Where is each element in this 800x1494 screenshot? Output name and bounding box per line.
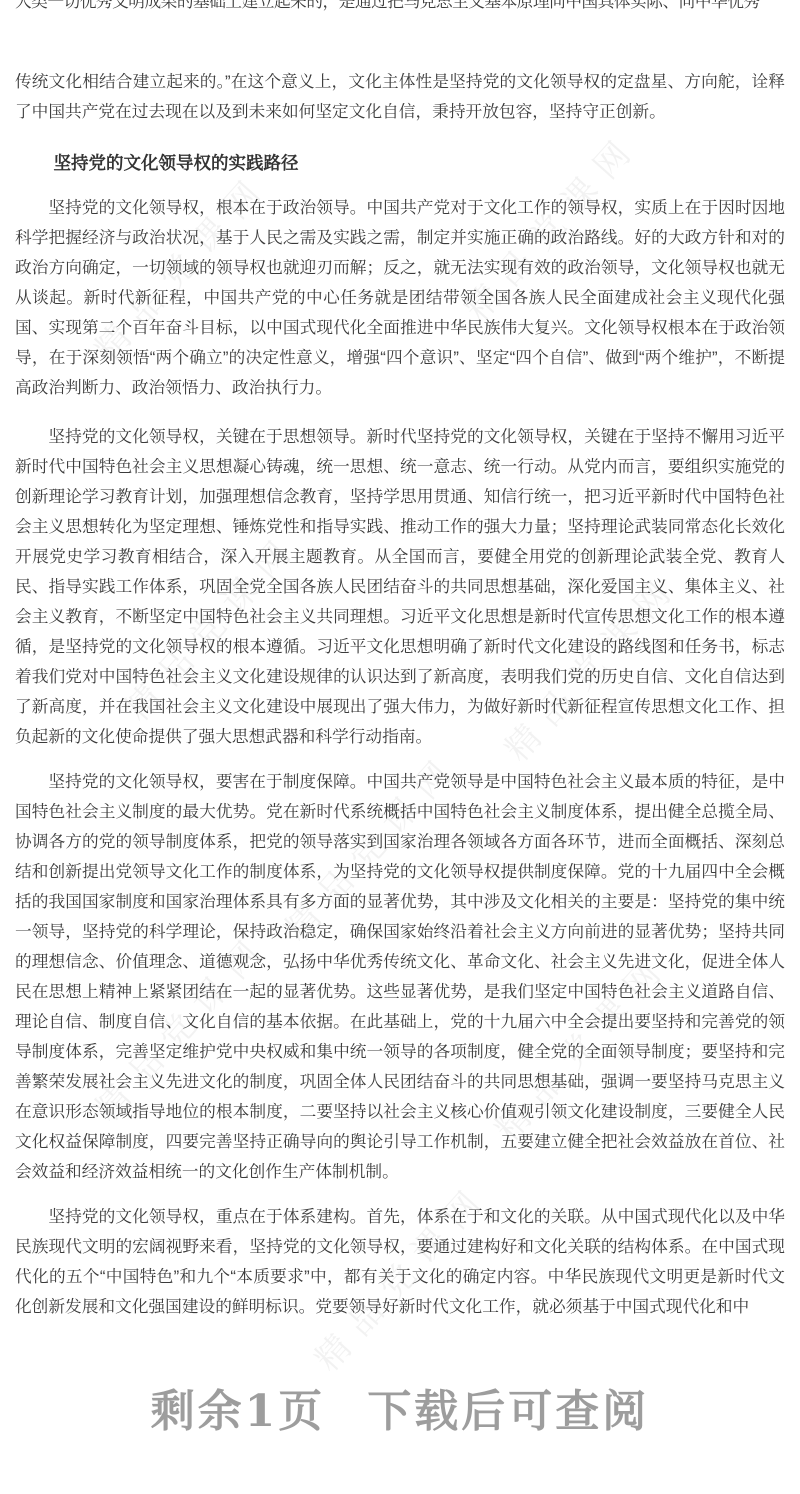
document-body: 人类一切优秀文明成果的基础上建立起来的，是通过把马克思主义基本原理同中国具体实际… — [0, 0, 800, 1322]
clipped-top-line: 人类一切优秀文明成果的基础上建立起来的，是通过把马克思主义基本原理同中国具体实际… — [15, 0, 785, 17]
body-paragraph: 坚持党的文化领导权，根本在于政治领导。中国共产党对于文化工作的领导权，实质上在于… — [15, 193, 785, 403]
download-hint-label: 下载后可查阅 — [367, 1386, 649, 1437]
body-paragraph: 坚持党的文化领导权，重点在于体系建构。首先，体系在于和文化的关联。从中国式现代化… — [15, 1202, 785, 1322]
body-paragraph: 坚持党的文化领导权，要害在于制度保障。中国共产党领导是中国特色社会主义最本质的特… — [15, 767, 785, 1187]
section-heading: 坚持党的文化领导权的实践路径 — [15, 148, 785, 178]
document-preview-page: 精品党课网 精品党课网 精品党课网 精品党课网 精品党课网 精品党课网 精品党课… — [0, 0, 800, 1494]
remaining-pages-label: 剩余1页 — [151, 1386, 326, 1437]
body-paragraph: 坚持党的文化领导权，关键在于思想领导。新时代坚持党的文化领导权，关键在于坚持不懈… — [15, 422, 785, 752]
footer-banner: 剩余1页下载后可查阅 — [0, 1388, 800, 1436]
intro-paragraph: 传统文化相结合建立起来的。”在这个意义上，文化主体性是坚持党的文化领导权的定盘星… — [15, 67, 785, 127]
